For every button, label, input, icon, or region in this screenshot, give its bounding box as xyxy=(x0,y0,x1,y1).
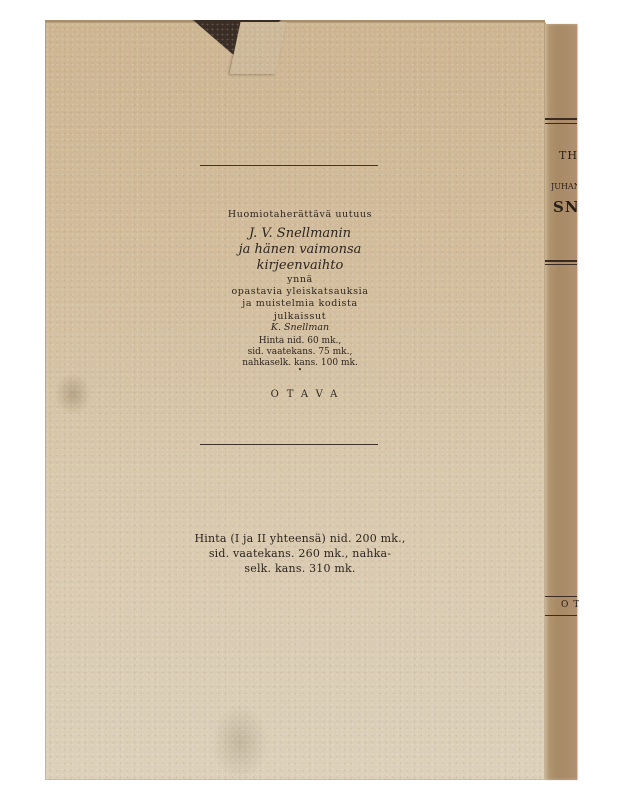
spine-rule xyxy=(545,615,577,616)
book-title: J. V. Snellmanin ja hänen vaimonsa kirje… xyxy=(150,226,450,274)
set-price-line: sid. vaatekans. 260 mk., nahka- xyxy=(150,546,450,561)
spine-title-small: JUHANA xyxy=(551,182,577,191)
subtitle-line: ja muistelmia kodista xyxy=(150,298,450,310)
price-line: sid. vaatekans. 75 mk., xyxy=(150,347,450,358)
book-spine: TH. JUHANA SNEL OT xyxy=(545,24,577,780)
set-price-line: Hinta (I ja II yhteensä) nid. 200 mk., xyxy=(150,531,450,546)
torn-flap xyxy=(229,22,286,74)
announcement: Huomiotaherättävä uutuus xyxy=(150,209,450,221)
spine-rule xyxy=(545,123,577,124)
spine-author: TH. xyxy=(559,149,577,162)
spine-rule xyxy=(545,260,577,262)
price-line: Hinta nid. 60 mk., xyxy=(150,336,450,347)
subtitle: ynnä opastavia yleiskatsauksia ja muiste… xyxy=(150,274,450,310)
spine-title-large: SNEL xyxy=(553,198,577,216)
spine-rule xyxy=(545,596,577,597)
set-price-line: selk. kans. 310 mk. xyxy=(150,561,450,576)
subtitle-line: opastavia yleiskatsauksia xyxy=(150,286,450,298)
book-back-cover xyxy=(45,20,545,780)
bullet: • xyxy=(150,366,450,374)
set-price: Hinta (I ja II yhteensä) nid. 200 mk., s… xyxy=(150,531,450,576)
spine-publisher: OT xyxy=(561,600,579,610)
book-title-line: kirjeenvaihto xyxy=(150,258,450,274)
book-title-line: J. V. Snellmanin xyxy=(150,226,450,242)
single-price-list: Hinta nid. 60 mk., sid. vaatekans. 75 mk… xyxy=(150,336,450,369)
spine-rule xyxy=(545,118,577,120)
publisher-name: OTAVA xyxy=(150,389,458,400)
top-rule xyxy=(200,165,378,166)
subtitle-line: ynnä xyxy=(150,274,450,286)
bottom-rule xyxy=(200,444,378,445)
editor-name: K. Snellman xyxy=(150,322,450,333)
book-title-line: ja hänen vaimonsa xyxy=(150,242,450,258)
spine-rule xyxy=(545,264,577,265)
